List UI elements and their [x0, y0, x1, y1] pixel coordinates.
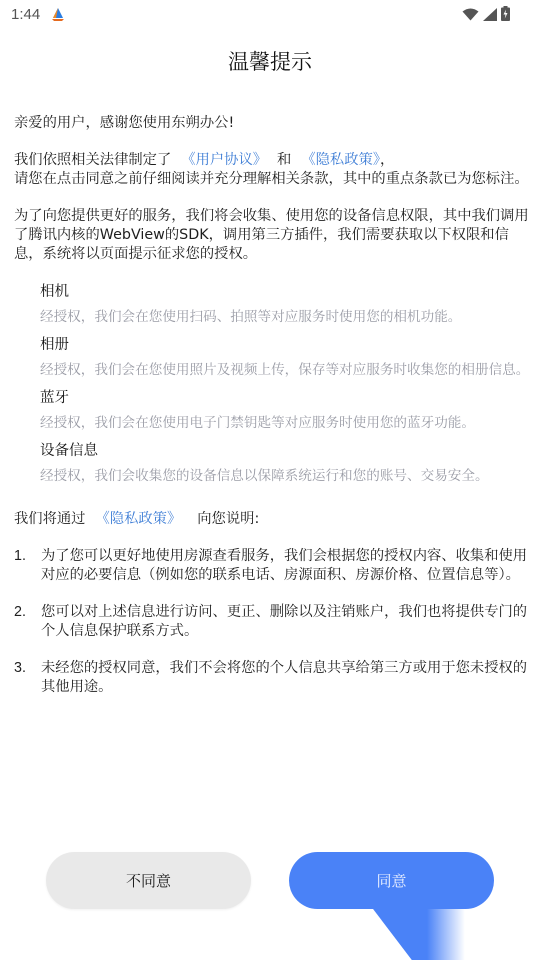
wifi-icon: [462, 6, 479, 25]
list-text: 您可以对上述信息进行访问、更正、删除以及注销账户，我们也将提供专门的个人信息保护…: [41, 603, 530, 641]
status-icons: [462, 6, 510, 25]
list-text: 为了您可以更好地使用房源查看服务，我们会根据您的授权内容、收集和使用对应的必要信…: [41, 547, 530, 585]
permission-desc: 经授权，我们会在您使用扫码、拍照等对应服务时使用您的相机功能。: [40, 309, 530, 325]
permission-title: 相机: [40, 282, 530, 302]
agreement-notice: 请您在点击同意之前仔细阅读并充分理解相关条款，其中的重点条款已为您标注。: [14, 170, 530, 189]
cellular-signal-icon: [483, 6, 497, 25]
permission-title: 相册: [40, 335, 530, 355]
touch-gesture-trail: [370, 905, 465, 960]
list-number: 3.: [14, 659, 41, 697]
sailboat-app-icon: [50, 7, 66, 23]
permissions-intro: 为了向您提供更好的服务，我们将会收集、使用您的设备信息权限，其中我们调用了腾讯内…: [14, 207, 530, 264]
permission-desc: 经授权，我们会在您使用电子门禁钥匙等对应服务时使用您的蓝牙功能。: [40, 415, 530, 431]
list-item: 3. 未经您的授权同意，我们不会将您的个人信息共享给第三方或用于您未授权的其他用…: [14, 659, 530, 697]
greeting: 亲爱的用户，感谢您使用东朔办公!: [14, 114, 530, 133]
permission-album: 相册 经授权，我们会在您使用照片及视频上传，保存等对应服务时收集您的相册信息。: [14, 335, 530, 378]
agree-button[interactable]: 同意: [289, 852, 494, 909]
user-agreement-link[interactable]: 《用户协议》: [181, 152, 267, 168]
agreement-prefix: 我们依照相关法律制定了: [14, 152, 171, 168]
agreement-and: 和: [277, 152, 291, 168]
list-item: 1. 为了您可以更好地使用房源查看服务，我们会根据您的授权内容、收集和使用对应的…: [14, 547, 530, 585]
status-time: 1:44: [11, 6, 40, 23]
permissions-list: 相机 经授权，我们会在您使用扫码、拍照等对应服务时使用您的相机功能。 相册 经授…: [14, 282, 530, 484]
decline-button[interactable]: 不同意: [46, 852, 251, 909]
permission-title: 设备信息: [40, 441, 530, 461]
list-text: 未经您的授权同意，我们不会将您的个人信息共享给第三方或用于您未授权的其他用途。: [41, 659, 530, 697]
privacy-policy-link[interactable]: 《隐私政策》: [301, 152, 380, 168]
permission-desc: 经授权，我们会收集您的设备信息以保障系统运行和您的账号、交易安全。: [40, 468, 530, 484]
agreement-suffix: ，: [380, 152, 394, 168]
privacy-statement: 我们将通过《隐私政策》向您说明:: [14, 510, 530, 529]
permission-device-info: 设备信息 经授权，我们会收集您的设备信息以保障系统运行和您的账号、交易安全。: [14, 441, 530, 484]
privacy-statement-suffix: 向您说明:: [197, 511, 259, 527]
battery-charging-icon: [501, 6, 510, 25]
privacy-statement-prefix: 我们将通过: [14, 511, 85, 527]
agreement-intro: 我们依照相关法律制定了《用户协议》和《隐私政策》， 请您在点击同意之前仔细阅读并…: [14, 151, 530, 189]
list-number: 1.: [14, 547, 41, 585]
privacy-policy-link-2[interactable]: 《隐私政策》: [95, 511, 181, 527]
permission-title: 蓝牙: [40, 388, 530, 408]
status-bar: 1:44: [0, 0, 540, 30]
permission-camera: 相机 经授权，我们会在您使用扫码、拍照等对应服务时使用您的相机功能。: [14, 282, 530, 325]
list-item: 2. 您可以对上述信息进行访问、更正、删除以及注销账户，我们也将提供专门的个人信…: [14, 603, 530, 641]
permission-bluetooth: 蓝牙 经授权，我们会在您使用电子门禁钥匙等对应服务时使用您的蓝牙功能。: [14, 388, 530, 431]
disclosure-list: 1. 为了您可以更好地使用房源查看服务，我们会根据您的授权内容、收集和使用对应的…: [14, 547, 530, 697]
dialog-title: 温馨提示: [0, 46, 540, 76]
list-number: 2.: [14, 603, 41, 641]
permission-desc: 经授权，我们会在您使用照片及视频上传，保存等对应服务时收集您的相册信息。: [40, 362, 530, 378]
dialog-content[interactable]: 亲爱的用户，感谢您使用东朔办公! 我们依照相关法律制定了《用户协议》和《隐私政策…: [14, 114, 530, 715]
